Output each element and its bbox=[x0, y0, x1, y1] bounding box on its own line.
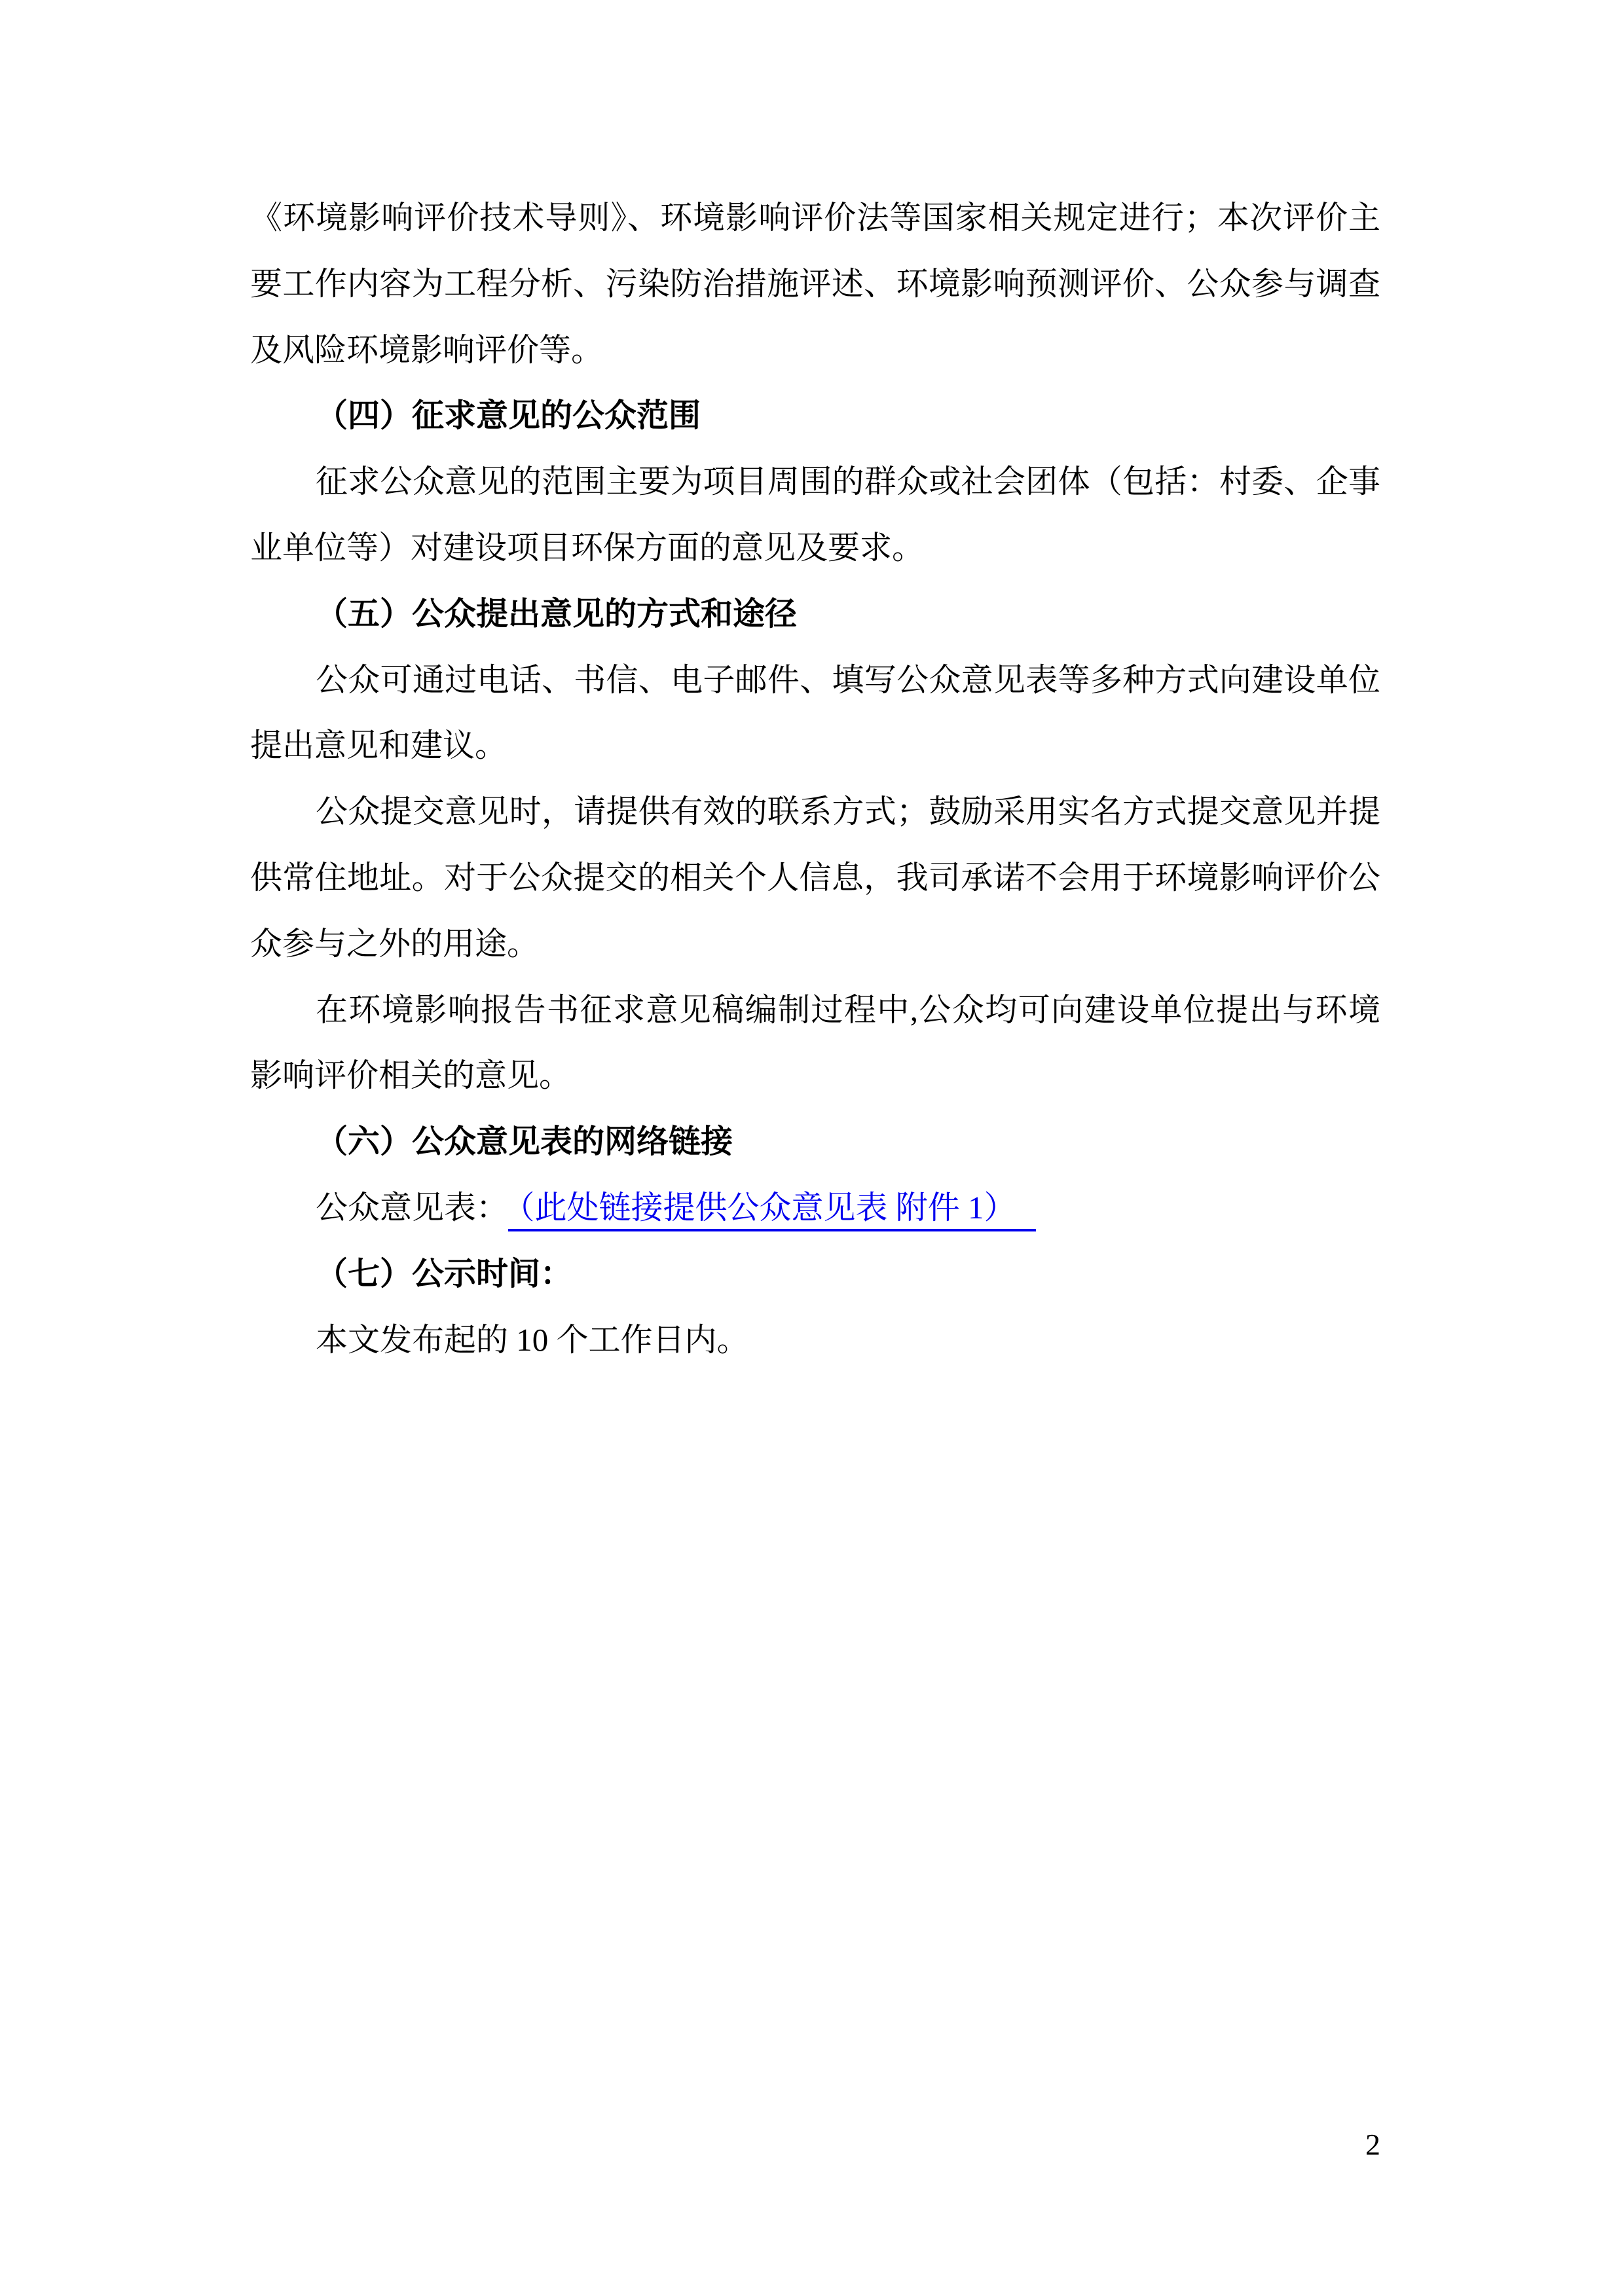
body-line: 在环境影响报告书征求意见稿编制过程中,公众均可向建设单位提出与环境 bbox=[250, 977, 1380, 1044]
section-heading: （七）公示时间： bbox=[250, 1241, 1380, 1307]
section-heading: （五）公众提出意见的方式和途径 bbox=[250, 581, 1380, 647]
public-comment-form-attachment-link[interactable]: （此处链接提供公众意见表 附件 1） bbox=[508, 1190, 1036, 1231]
body-line: 及风险环境影响评价等。 bbox=[250, 318, 1380, 384]
body-line: 要工作内容为工程分析、污染防治措施评述、环境影响预测评价、公众参与调查 bbox=[250, 251, 1380, 318]
link-line-prefix: 公众意见表： bbox=[316, 1190, 508, 1226]
document-page: 《环境影响评价技术导则》、环境影响评价法等国家相关规定进行；本次评价主要工作内容… bbox=[0, 0, 1624, 2296]
document-body: 《环境影响评价技术导则》、环境影响评价法等国家相关规定进行；本次评价主要工作内容… bbox=[250, 185, 1380, 1373]
section-heading: （六）公众意见表的网络链接 bbox=[250, 1109, 1380, 1175]
body-line: 业单位等）对建设项目环保方面的意见及要求。 bbox=[250, 515, 1380, 581]
body-line: 《环境影响评价技术导则》、环境影响评价法等国家相关规定进行；本次评价主 bbox=[250, 185, 1380, 251]
page-number: 2 bbox=[1365, 2128, 1380, 2161]
link-line: 公众意见表：（此处链接提供公众意见表 附件 1） bbox=[250, 1175, 1380, 1241]
body-line: 公众可通过电话、书信、电子邮件、填写公众意见表等多种方式向建设单位 bbox=[250, 647, 1380, 714]
body-line: 供常住地址。对于公众提交的相关个人信息，我司承诺不会用于环境影响评价公 bbox=[250, 845, 1380, 911]
body-line: 影响评价相关的意见。 bbox=[250, 1043, 1380, 1109]
body-line: 本文发布起的 10 个工作日内。 bbox=[250, 1307, 1380, 1374]
section-heading: （四）征求意见的公众范围 bbox=[250, 383, 1380, 449]
page-footer: 2 bbox=[250, 2126, 1380, 2163]
body-line: 提出意见和建议。 bbox=[250, 713, 1380, 779]
body-line: 众参与之外的用途。 bbox=[250, 911, 1380, 977]
body-line: 征求公众意见的范围主要为项目周围的群众或社会团体（包括：村委、企事 bbox=[250, 449, 1380, 515]
body-line: 公众提交意见时，请提供有效的联系方式；鼓励采用实名方式提交意见并提 bbox=[250, 779, 1380, 845]
